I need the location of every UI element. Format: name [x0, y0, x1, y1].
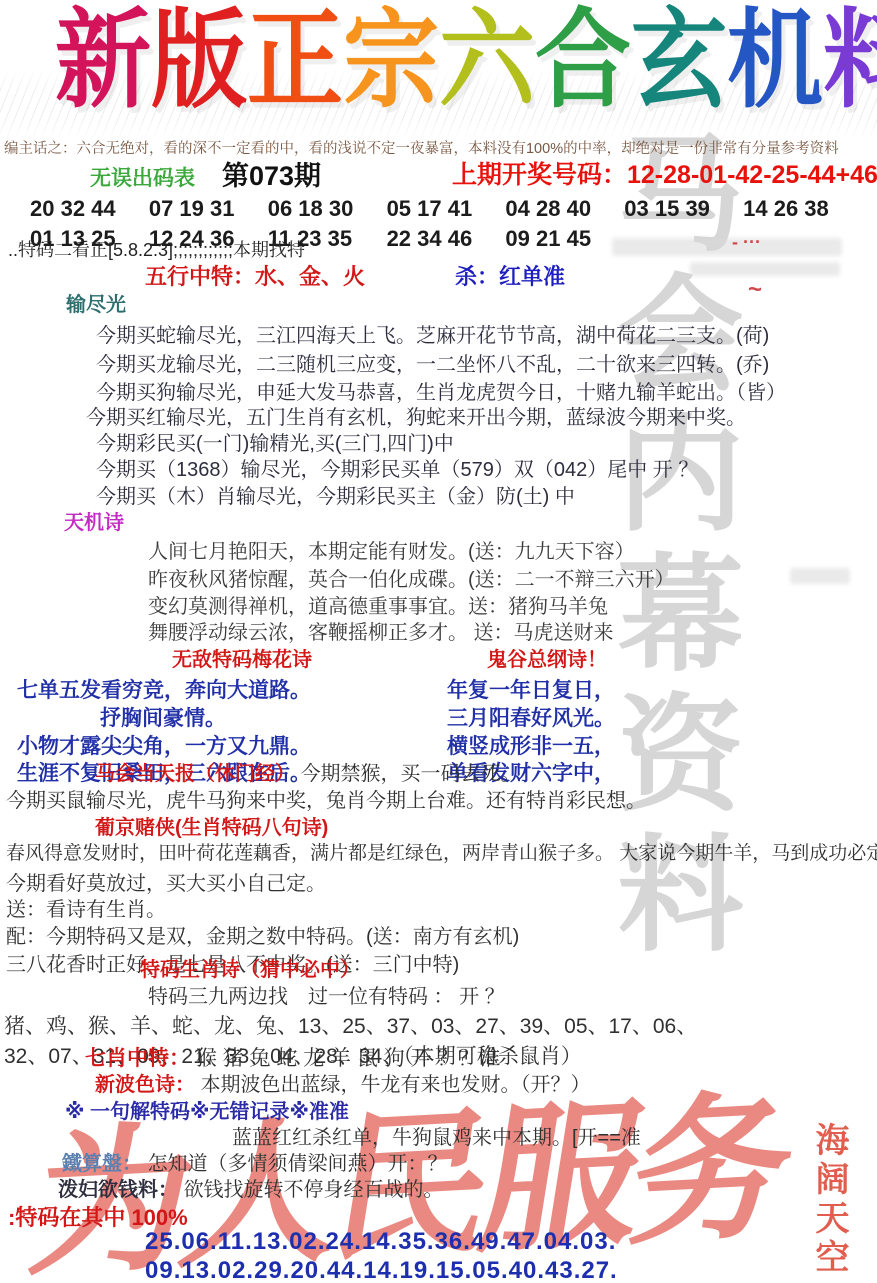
yijie-line: 蓝蓝红红杀红单，牛狗鼠鸡来中本期。[开==准	[232, 1126, 641, 1150]
pofu-text: 欲钱找旋转不停身经百战的。	[184, 1179, 444, 1201]
smudge-mark	[790, 568, 850, 584]
title-char: 正	[247, 0, 343, 127]
pofu-line: 泼妇欲钱料： 欲钱找旋转不停身经百战的。	[58, 1178, 444, 1202]
pujing-line: 春风得意发财时，田叶荷花莲藕香，满片都是红绿色，两岸青山猴子多。 大家说今期牛羊…	[6, 843, 877, 866]
shengxiao-line: 特码三九两边找 过一位有特码 ： 开 ？	[148, 985, 505, 1009]
zodiac-numbers-line: 猪、鸡、猴、羊、蛇、龙、兔、13、25、37、03、27、39、05、17、06…	[4, 1014, 697, 1039]
qixiao-label: 七肖中特：	[85, 1047, 190, 1070]
tianjishi-line: 人间七月艳阳天，本期定能有财发。(送：九九天下容）	[148, 540, 635, 564]
red-squiggle-mark: ~	[748, 276, 762, 304]
mouse-line: 今期买鼠输尽光，虎牛马狗来中奖，兔肖今期上台难。还有特肖彩民想。	[6, 789, 646, 813]
code-group: 07 19 31	[149, 196, 268, 222]
shujinguang-line: 今期买红输尽光，五门生肖有玄机，狗蛇来开出今期，蓝绿波今期来中奖。	[86, 406, 746, 430]
guigu-line: 横竖成形非一五，	[447, 734, 615, 759]
wuxing-label: 五行中特：水、金、火	[145, 264, 365, 290]
code-group: 03 15 39	[624, 196, 743, 222]
xinbose-text: 本期波色出蓝绿，牛龙有来也发财。（开？）	[201, 1074, 591, 1096]
title-char: 机	[727, 0, 823, 127]
title-char: 新	[55, 0, 151, 127]
shujinguang-line: 今期买（木）肖输尽光，今期彩民买主（金）防(土) 中	[96, 485, 575, 509]
qixiao-text: 猴 猪 兔 蛇 龙 羊 鼠 狗 开 ？？准	[196, 1047, 501, 1070]
code-group: 05 17 41	[387, 196, 506, 222]
title-char: 合	[535, 0, 631, 127]
tianjishi-line: 变幻莫测得禅机，道高德重事事宜。送：猪狗马羊兔	[148, 595, 608, 619]
title-char: 宗	[343, 0, 439, 127]
xinbose-label: 新波色诗：	[95, 1074, 195, 1096]
meihua-heading: 无敌特码梅花诗	[172, 648, 312, 672]
special-note: ..特码二看正[5.8.2.3];;;;;;;;;;;;本期找特	[8, 240, 305, 262]
special100-numbers: 09.13.02.29.20.44.14.19.15.05.40.43.27.	[145, 1257, 618, 1283]
tiesuanpan-text: 怎知道（多情须倩梁间燕）开：？	[148, 1153, 448, 1175]
code-group: 20 32 44	[30, 196, 149, 222]
shujinguang-line: 今期买（1368）输尽光，今期彩民买单（579）双（042）尾中 开 ？	[96, 458, 698, 482]
tip-sheet-page: 马会内幕资料 为人民服务 海阔天空 新 版 正 宗 六 合 玄 机 料 编主话之…	[0, 0, 877, 1283]
guigu-heading: 鬼谷总纲诗！	[487, 648, 607, 672]
qixiao-line: 七肖中特： 猴 猪 兔 蛇 龙 羊 鼠 狗 开 ？？准	[85, 1046, 500, 1071]
meihua-line: 抒胸间豪情。	[100, 706, 226, 731]
red-dash-mark: - ···	[732, 232, 761, 253]
table-label: 无误出码表	[90, 166, 195, 191]
tianjishi-heading: 天机诗	[64, 511, 124, 535]
code-group: 22 34 46	[387, 226, 506, 252]
right-vertical-watermark-text: 海阔天空	[812, 1122, 846, 1278]
kill-label: 杀：红单准	[455, 264, 565, 290]
shujinguang-heading: 输尽光	[66, 293, 126, 317]
shengxiao-heading: 特码生肖诗（猜中必中）	[140, 958, 360, 982]
meihua-line: 七单五发看穷竞，奔向大道路。	[17, 678, 311, 703]
mahui-label: 马会当天报（休门经）	[95, 763, 295, 785]
editor-note: 编主话之：六合无绝对，看的深不一定看的中，看的浅说不定一夜暴富，本料没有100%…	[4, 141, 839, 158]
tiesuanpan-label: 鐵算盤：	[62, 1153, 142, 1175]
page-title: 新 版 正 宗 六 合 玄 机 料	[55, 0, 830, 138]
title-char: 六	[439, 0, 535, 127]
guigu-line: 三月阳春好风光。	[447, 706, 615, 731]
smudge-mark	[612, 238, 842, 256]
code-group: 09 21 45	[505, 226, 624, 252]
special100-numbers: 25.06.11.13.02.24.14.35.36.49.47.04.03.	[145, 1228, 616, 1257]
mahui-line: 马会当天报（休门经） 今期禁猴，买一码去死。	[95, 762, 521, 786]
pujing-line: 送：看诗有生肖。	[6, 898, 166, 922]
tiesuanpan-line: 鐵算盤： 怎知道（多情须倩梁间燕）开：？	[62, 1152, 448, 1176]
issue-number: 第073期	[222, 160, 321, 192]
last-draw-numbers: 上期开奖号码：12-28-01-42-25-44+46	[452, 160, 877, 190]
pujing-line: 今期看好莫放过，买大买小自己定。	[6, 872, 326, 896]
tianjishi-line: 舞腰浮动绿云浓，客鞭摇柳正多才。 送：马虎送财来	[148, 621, 614, 645]
code-group: 14 26 38	[743, 196, 862, 222]
yijie-heading: ※ 一句解特码※无错记录※准准	[65, 1100, 349, 1124]
guigu-line: 年复一年日复日，	[447, 678, 615, 703]
code-group: 06 18 30	[268, 196, 387, 222]
smudge-mark	[690, 262, 840, 276]
tianjishi-line: 昨夜秋风猪惊醒，英合一伯化成碟。(送：二一不辩三六开）	[148, 568, 675, 592]
pujing-label: 葡京赌侠(生肖特码八句诗)	[95, 816, 328, 840]
pujing-line: 配：今期特码又是双，金期之数中特码。(送：南方有玄机)	[6, 925, 519, 949]
shujinguang-line: 今期买狗输尽光，申延大发马恭喜，生肖龙虎贺今日，十赌九输羊蛇出。（皆）	[96, 381, 786, 405]
shujinguang-line: 今期彩民买(一门)输精光,买(三门,四门)中	[96, 432, 454, 456]
title-char: 版	[151, 0, 247, 127]
shujinguang-line: 今期买龙输尽光，二三随机三应变，一二坐怀八不乱，二十欲来三四转。(乔)	[96, 353, 769, 377]
pofu-label: 泼妇欲钱料：	[58, 1179, 178, 1201]
title-char: 玄	[631, 0, 727, 127]
meihua-line: 小物才露尖尖角，一方又九鼎。	[17, 734, 311, 759]
code-group: 04 28 40	[505, 196, 624, 222]
shujinguang-line: 今期买蛇输尽光，三江四海天上飞。芝麻开花节节高，湖中荷花二三支。(荷)	[96, 324, 769, 348]
xinbose-line: 新波色诗： 本期波色出蓝绿，牛龙有来也发财。（开？）	[95, 1073, 591, 1097]
mahui-text: 今期禁猴，买一码去死。	[301, 763, 521, 785]
title-char: 料	[823, 0, 877, 127]
